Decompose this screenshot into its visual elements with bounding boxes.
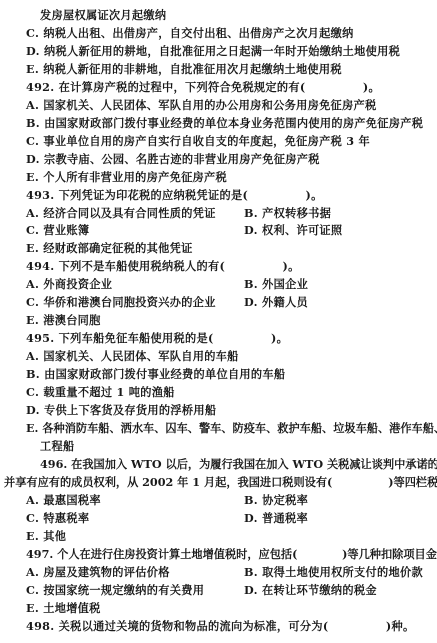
option-b: B. 由国家财政部门拨付事业经费的单位自用的车船 <box>26 365 437 383</box>
question-496: 496. 在我国加入 WTO 以后，为履行我国在加入 WTO 关税减让谈判中承诺… <box>40 455 437 473</box>
question-497: 497. 个人在进行住房投资计算土地增值税时，应包括( )等几种扣除项目金额。 <box>26 545 437 563</box>
option-d: D. 在转让环节缴纳的税金 <box>244 581 377 599</box>
option-d: D. 外籍人员 <box>244 293 308 311</box>
question-493: 493. 下列凭证为印花税的应纳税凭证的是( )。 <box>26 186 437 204</box>
option-e: E. 土地增值税 <box>26 599 437 617</box>
option-e: E. 港澳台同胞 <box>26 311 437 329</box>
option-row: C. 按国家统一规定缴纳的有关费用 D. 在转让环节缴纳的税金 <box>26 581 437 599</box>
option-e: E. 经财政部确定征税的其他凭证 <box>26 239 437 257</box>
text-line: 发房屋权属证次月起缴纳 <box>40 6 437 24</box>
option-a: A. 房屋及建筑物的评估价格 <box>26 565 170 579</box>
option-c: C. 华侨和港澳台同胞投资兴办的企业 <box>26 295 216 309</box>
option-a: A. 国家机关、人民团体、军队自用的车船 <box>26 347 437 365</box>
option-d: D. 普通税率 <box>244 509 308 527</box>
option-a: A. 最惠国税率 <box>26 493 101 507</box>
option-a: A. 外商投资企业 <box>26 277 112 291</box>
option-c: C. 纳税人出租、出借房产，自交付出租、出借房产之次月起缴纳 <box>26 24 437 42</box>
option-row: C. 营业账簿 D. 权利、许可证照 <box>26 221 437 239</box>
option-d: D. 专供上下客货及存货用的浮桥用船 <box>26 401 437 419</box>
question-492: 492. 在计算房产税的过程中，下列符合免税规定的有( )。 <box>26 78 437 96</box>
option-row: A. 外商投资企业 B. 外国企业 <box>26 275 437 293</box>
option-b: B. 协定税率 <box>244 491 308 509</box>
option-b: B. 外国企业 <box>244 275 308 293</box>
option-e-continued: 工程船 <box>40 437 437 455</box>
question-498: 498. 关税以通过关境的货物和物品的流向为标准，可分为( )种。 <box>26 617 437 635</box>
option-c: C. 按国家统一规定缴纳的有关费用 <box>26 583 204 597</box>
question-496-continued: 并享有应有的成员权利，从 2002 年 1 月起，我国进口税则设有( )等四栏税… <box>4 473 437 491</box>
option-row: C. 华侨和港澳台同胞投资兴办的企业 D. 外籍人员 <box>26 293 437 311</box>
question-495: 495. 下列车船免征车船使用税的是( )。 <box>26 329 437 347</box>
option-b: B. 取得土地使用权所支付的地价款 <box>244 563 423 581</box>
option-b: B. 产权转移书据 <box>244 204 331 222</box>
option-a: A. 经济合同以及具有合同性质的凭证 <box>26 206 216 220</box>
option-d: D. 宗教寺庙、公园、名胜古迹的非营业用房产免征房产税 <box>26 150 437 168</box>
option-e: E. 纳税人新征用的非耕地，自批准征用次月起缴纳土地使用税 <box>26 60 437 78</box>
option-row: A. 经济合同以及具有合同性质的凭证 B. 产权转移书据 <box>26 204 437 222</box>
option-row: A. 最惠国税率 B. 协定税率 <box>26 491 437 509</box>
option-b: B. 由国家财政部门拨付事业经费的单位本身业务范围内使用的房产免征房产税 <box>26 114 437 132</box>
option-row: A. 房屋及建筑物的评估价格 B. 取得土地使用权所支付的地价款 <box>26 563 437 581</box>
option-c: C. 营业账簿 <box>26 223 89 237</box>
option-e: E. 其他 <box>26 527 437 545</box>
question-494: 494. 下列不是车船使用税纳税人的有( )。 <box>26 257 437 275</box>
option-row: C. 特惠税率 D. 普通税率 <box>26 509 437 527</box>
scanned-exam-page: 发房屋权属证次月起缴纳 C. 纳税人出租、出借房产，自交付出租、出借房产之次月起… <box>0 0 437 643</box>
option-d: D. 纳税人新征用的耕地，自批准征用之日起满一年时开始缴纳土地使用税 <box>26 42 437 60</box>
option-c: C. 载重量不超过 1 吨的渔船 <box>26 383 437 401</box>
option-e: E. 各种消防车船、洒水车、囚车、警车、防疫车、救护车船、垃圾车船、港作车船、 <box>26 419 437 437</box>
option-e: E. 个人所有非营业用的房产免征房产税 <box>26 168 437 186</box>
option-c: C. 特惠税率 <box>26 511 89 525</box>
option-c: C. 事业单位自用的房产自实行自收自支的年度起，免征房产税 3 年 <box>26 132 437 150</box>
option-a: A. 国家机关、人民团体、军队自用的办公用房和公务用房免征房产税 <box>26 96 437 114</box>
option-d: D. 权利、许可证照 <box>244 221 342 239</box>
